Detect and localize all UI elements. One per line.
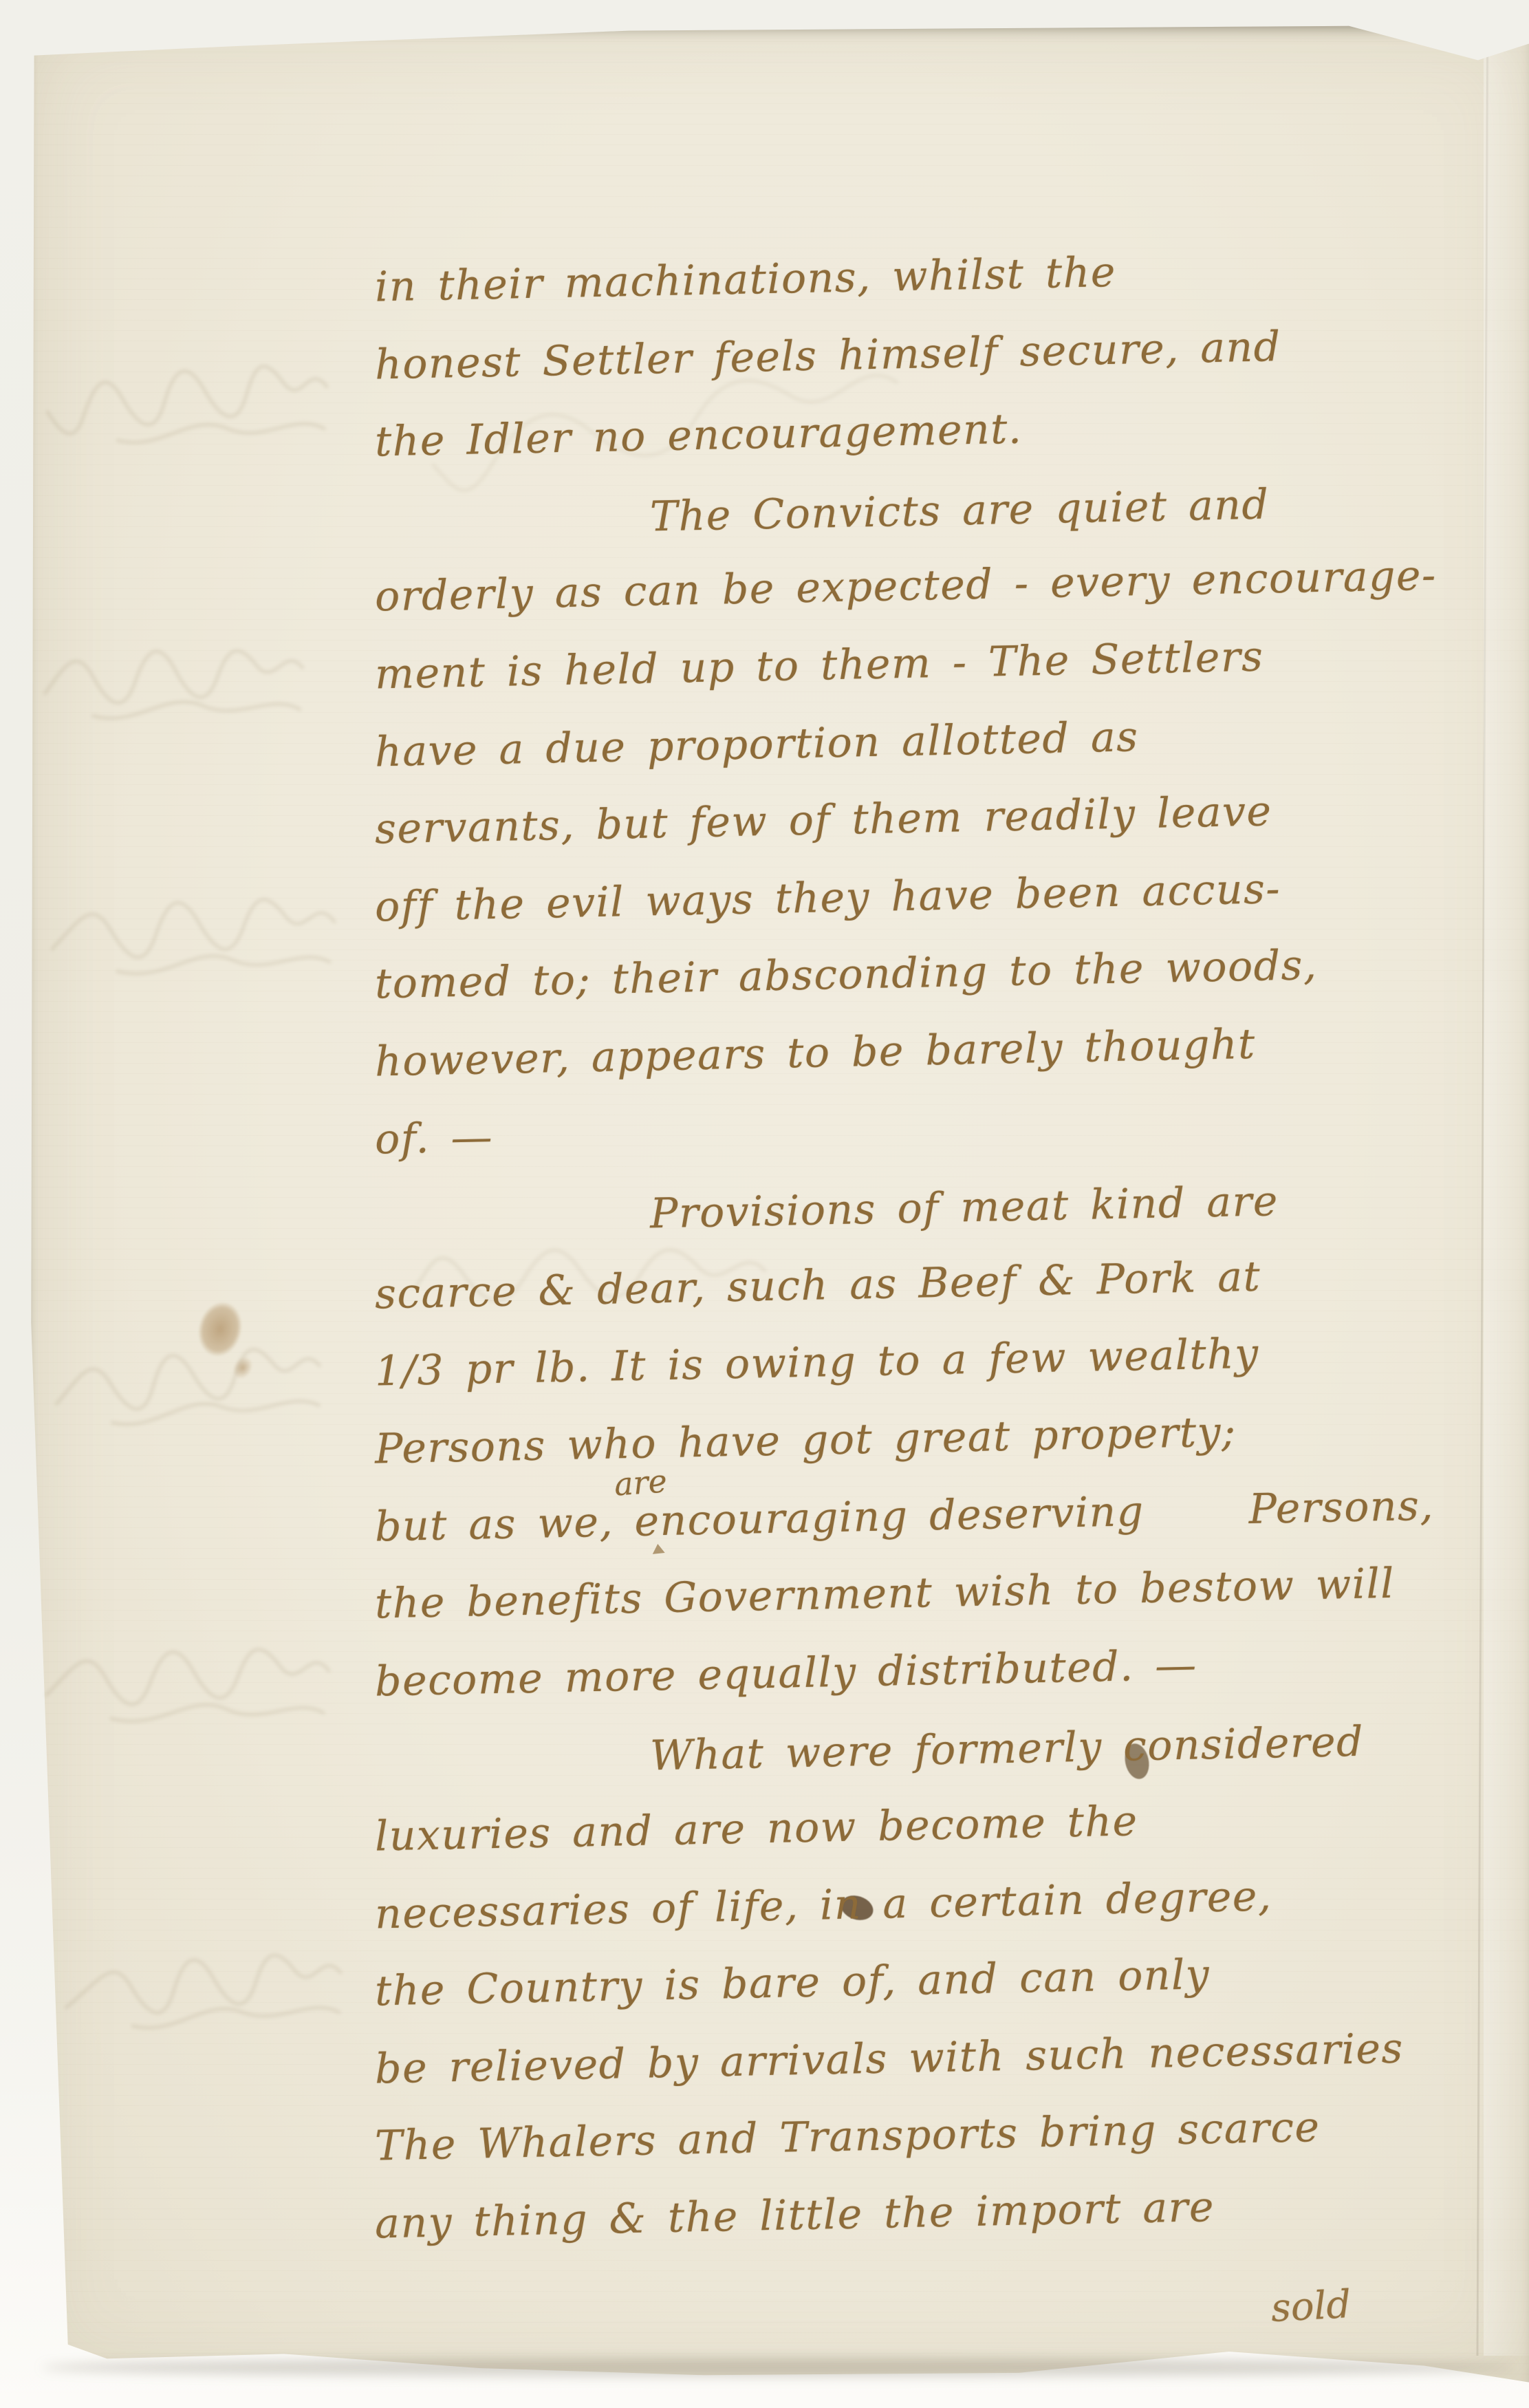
fold-crease-highlight <box>1484 30 1529 2356</box>
torn-edge-shadow <box>41 2358 1513 2376</box>
scanned-letter-scene: are sold in their machinations, whilst t… <box>0 0 1529 2408</box>
